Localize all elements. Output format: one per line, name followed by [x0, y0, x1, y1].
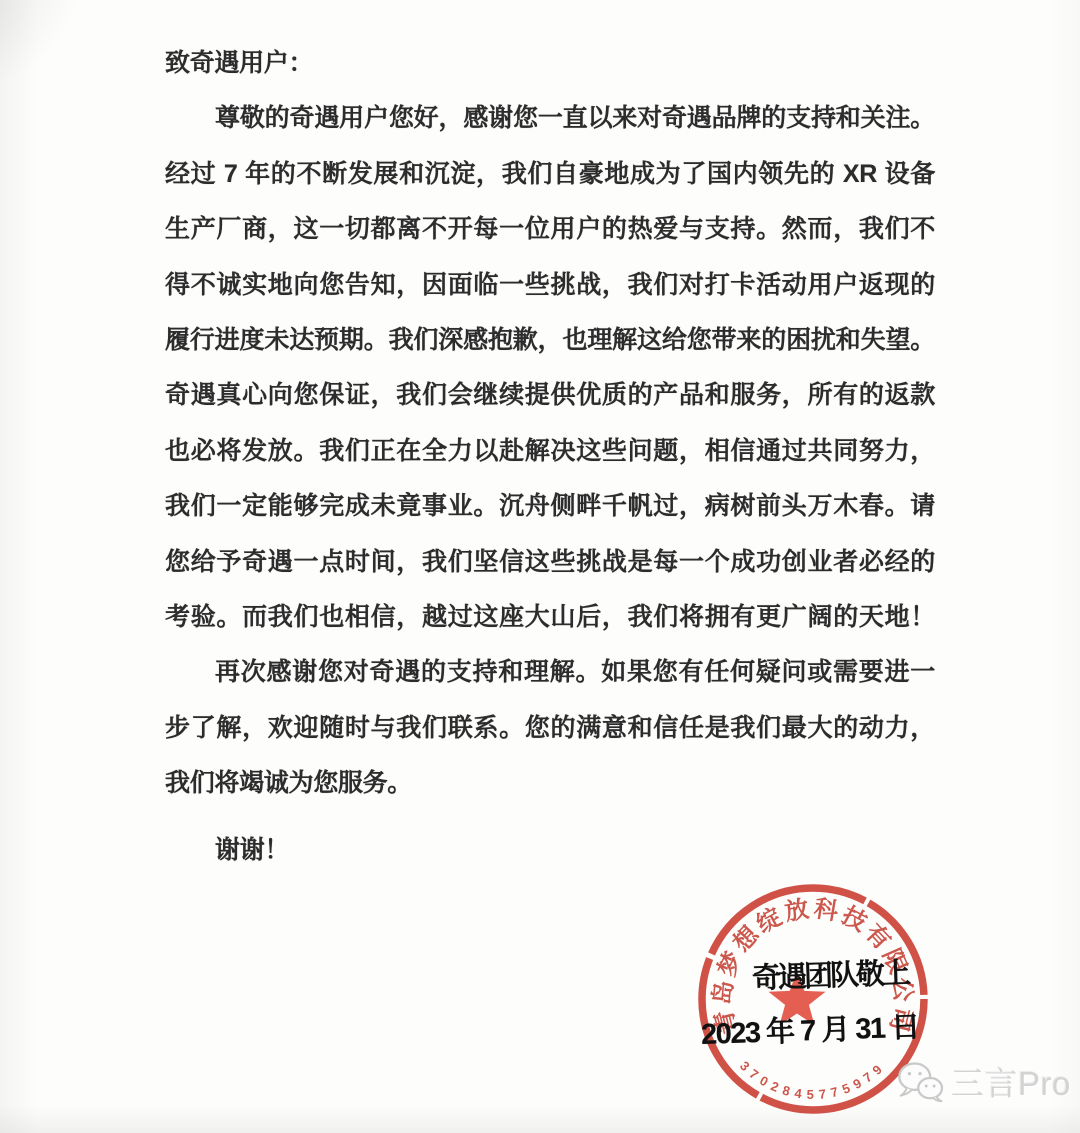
letter-line: 您给予奇遇一点时间，我们坚信这些挑战是每一个成功创业者必经的: [165, 535, 935, 590]
letter-line: 履行进度未达预期。我们深感抱歉，也理解这给您带来的困扰和失望。: [165, 313, 935, 368]
letter-line: 我们一定能够完成未竟事业。沉舟侧畔千帆过，病树前头万木春。请: [165, 479, 935, 534]
watermark: 三言Pro: [896, 1058, 1071, 1105]
salutation: 致奇遇用户：: [165, 36, 935, 91]
letter-line: 生产厂商，这一切都离不开每一位用户的热爱与支持。然而，我们不: [165, 202, 935, 257]
letter-line: 步了解，欢迎随时与我们联系。您的满意和信任是我们最大的动力，: [165, 701, 935, 756]
letter-line: 再次感谢您对奇遇的支持和理解。如果您有任何疑问或需要进一: [165, 645, 935, 700]
letter-line: 奇遇真心向您保证，我们会继续提供优质的产品和服务，所有的返款: [165, 368, 935, 423]
letter-page: 致奇遇用户： 尊敬的奇遇用户您好，感谢您一直以来对奇遇品牌的支持和关注。 经过 …: [0, 0, 1080, 1133]
letter-line: 也必将发放。我们正在全力以赴解决这些问题，相信通过共同努力，: [165, 424, 935, 479]
wechat-icon: [896, 1060, 944, 1104]
signature-line: 奇遇团队敬上: [751, 951, 908, 997]
letter-body: 致奇遇用户： 尊敬的奇遇用户您好，感谢您一直以来对奇遇品牌的支持和关注。 经过 …: [165, 36, 935, 879]
letter-line: 考验。而我们也相信，越过这座大山后，我们将拥有更广阔的天地！: [165, 590, 935, 645]
letter-line: 我们将竭诚为您服务。: [165, 756, 935, 811]
letter-line: 尊敬的奇遇用户您好，感谢您一直以来对奇遇品牌的支持和关注。: [165, 91, 935, 146]
letter-line: 经过 7 年的不断发展和沉淀，我们自豪地成为了国内领先的 XR 设备: [165, 147, 935, 202]
watermark-brand: 三言Pro: [951, 1058, 1071, 1105]
date-line: 2023 年 7 月 31 日: [700, 1004, 919, 1053]
letter-line: 得不诚实地向您告知，因面临一些挑战，我们对打卡活动用户返现的: [165, 258, 935, 313]
